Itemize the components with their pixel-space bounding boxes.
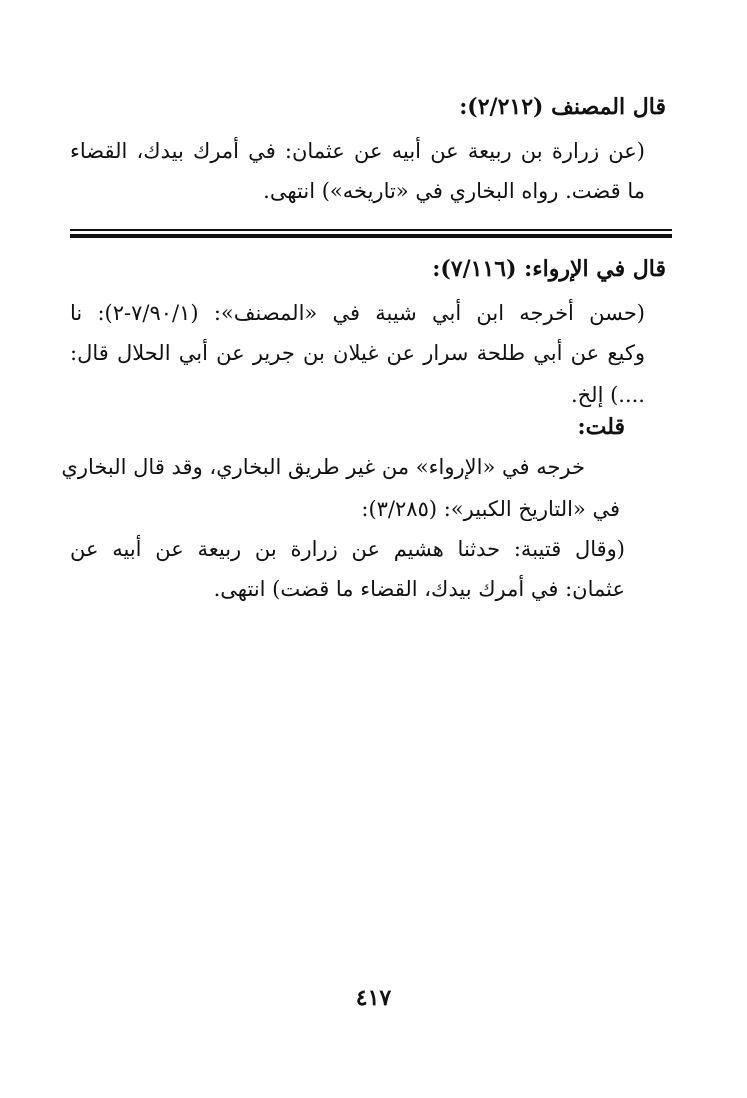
section-heading-irwa: قال في الإرواء: (٧/١١٦): <box>432 254 666 284</box>
quote-line: (وقال قتيبة: حدثنا هشيم عن زرارة بن ربيع… <box>70 534 625 564</box>
body-line: في «التاريخ الكبير»: (٣/٢٨٥): <box>361 494 620 524</box>
section-heading-musannaf: قال المصنف (٢/٢١٢): <box>459 92 666 122</box>
quote-line: (عن زرارة بن ربيعة عن أبيه عن عثمان: في … <box>70 136 645 166</box>
body-line: خرجه في «الإرواء» من غير طريق البخاري، و… <box>70 452 585 482</box>
page-number: ٤١٧ <box>0 985 747 1011</box>
quote-line: ما قضت. رواه البخاري في «تاريخه») انتهى. <box>263 176 645 206</box>
divider-thick-line <box>70 234 672 238</box>
double-rule-divider <box>70 229 672 238</box>
book-page: قال المصنف (٢/٢١٢): (عن زرارة بن ربيعة ع… <box>0 0 747 1098</box>
quote-line: وكيع عن أبي طلحة سرار عن غيلان بن جرير ع… <box>70 338 645 368</box>
quote-line: ....) إلخ. <box>571 380 645 410</box>
quote-line: عثمان: في أمرك بيدك، القضاء ما قضت) انته… <box>214 574 625 604</box>
divider-thin-line <box>70 229 672 231</box>
section-heading-qultu: قلت: <box>577 412 625 442</box>
quote-line: (حسن أخرجه ابن أبي شيبة في «المصنف»: (٧/… <box>70 298 645 328</box>
